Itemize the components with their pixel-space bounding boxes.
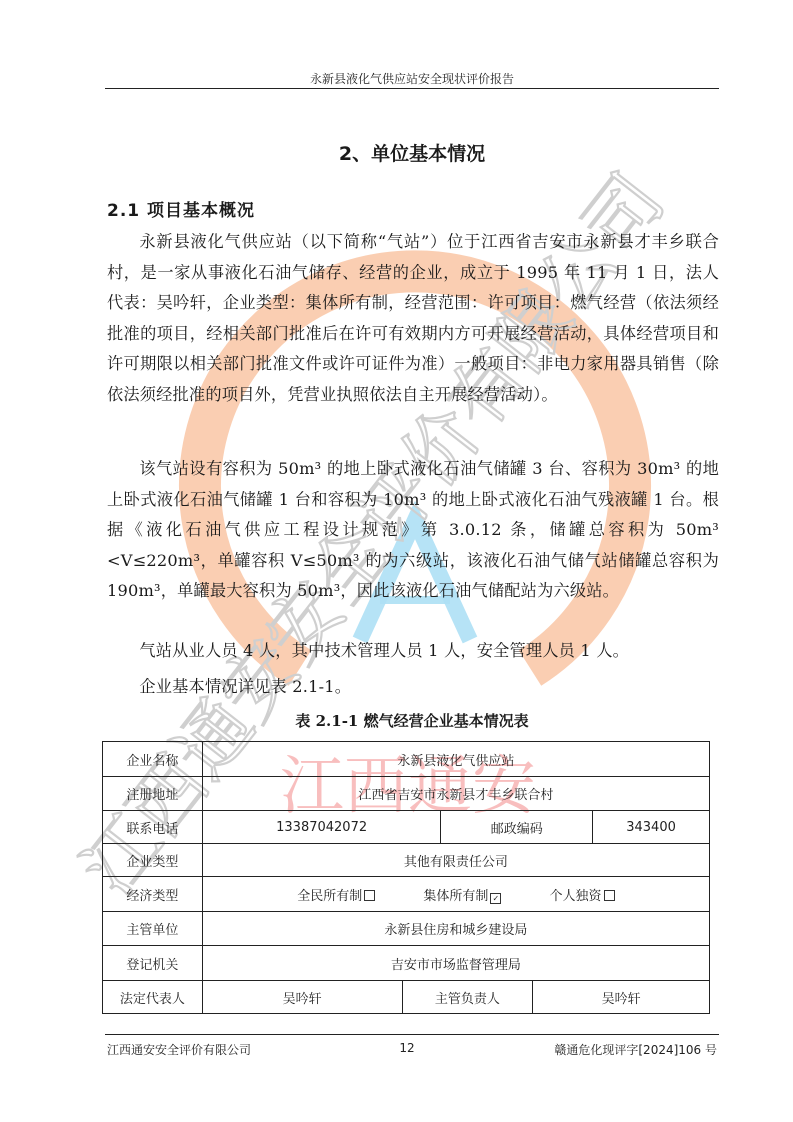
checkbox-checked-icon[interactable]: ✓ [490, 893, 501, 904]
value-cell: 343400 [593, 811, 710, 844]
paragraph-storage-tanks: 该气站设有容积为 50m³ 的地上卧式液化石油气储罐 3 台、容积为 30m³ … [107, 454, 719, 607]
label-cell: 企业类型 [103, 844, 203, 877]
enterprise-info-table: 企业名称 永新县液化气供应站 注册地址 江西省吉安市永新县才丰乡联合村 联系电话… [102, 741, 710, 1014]
value-cell: 其他有限责任公司 [202, 844, 709, 877]
document-number: 赣通危化现评字[2024]106 号 [554, 1041, 717, 1058]
value-cell: 江西省吉安市永新县才丰乡联合村 [202, 777, 709, 811]
value-cell: 全民所有制 集体所有制✓ 个人独资 [202, 877, 709, 912]
value-cell: 13387042072 [202, 811, 441, 844]
economy-option-state: 全民所有制 [297, 885, 375, 904]
paragraph-staff: 气站从业人员 4 人，其中技术管理人员 1 人，安全管理人员 1 人。 [107, 636, 719, 667]
table-row: 经济类型 全民所有制 集体所有制✓ 个人独资 [103, 877, 710, 912]
economy-option-collective: 集体所有制✓ [423, 885, 501, 904]
label-cell: 企业名称 [103, 742, 203, 777]
checkbox-unchecked-icon[interactable] [364, 890, 375, 901]
running-header: 永新县液化气供应站安全现状评价报告 [105, 70, 719, 87]
table-row: 登记机关 吉安市市场监督管理局 [103, 946, 710, 981]
table-row: 联系电话 13387042072 邮政编码 343400 [103, 811, 710, 844]
value-cell: 永新县液化气供应站 [202, 742, 709, 777]
label-cell: 邮政编码 [441, 811, 593, 844]
table-row: 主管单位 永新县住房和城乡建设局 [103, 912, 710, 946]
label-cell: 经济类型 [103, 877, 203, 912]
table-row: 企业类型 其他有限责任公司 [103, 844, 710, 877]
table-row: 注册地址 江西省吉安市永新县才丰乡联合村 [103, 777, 710, 811]
header-divider [105, 88, 719, 89]
paragraph-overview: 永新县液化气供应站（以下简称“气站”）位于江西省吉安市永新县才丰乡联合村，是一家… [107, 227, 719, 410]
label-cell: 主管负责人 [402, 981, 533, 1014]
table-caption: 表 2.1-1 燃气经营企业基本情况表 [105, 710, 719, 731]
table-row: 企业名称 永新县液化气供应站 [103, 742, 710, 777]
label-cell: 登记机关 [103, 946, 203, 981]
section-title: 2.1 项目基本概况 [107, 196, 255, 221]
table-row: 法定代表人 吴吟轩 主管负责人 吴吟轩 [103, 981, 710, 1014]
economy-option-private: 个人独资 [550, 885, 615, 904]
checkbox-unchecked-icon[interactable] [604, 890, 615, 901]
value-cell: 吴吟轩 [533, 981, 710, 1014]
value-cell: 永新县住房和城乡建设局 [202, 912, 709, 946]
value-cell: 吴吟轩 [202, 981, 402, 1014]
chapter-title: 2、单位基本情况 [105, 139, 719, 166]
label-cell: 主管单位 [103, 912, 203, 946]
label-cell: 联系电话 [103, 811, 203, 844]
document-page: 江西通安安全评价有限公司 江西通安 永新县液化气供应站安全现状评价报告 2、单位… [0, 0, 793, 1122]
footer-divider [105, 1034, 719, 1035]
value-cell: 吉安市市场监督管理局 [202, 946, 709, 981]
label-cell: 注册地址 [103, 777, 203, 811]
paragraph-table-reference: 企业基本情况详见表 2.1-1。 [107, 672, 719, 703]
label-cell: 法定代表人 [103, 981, 203, 1014]
